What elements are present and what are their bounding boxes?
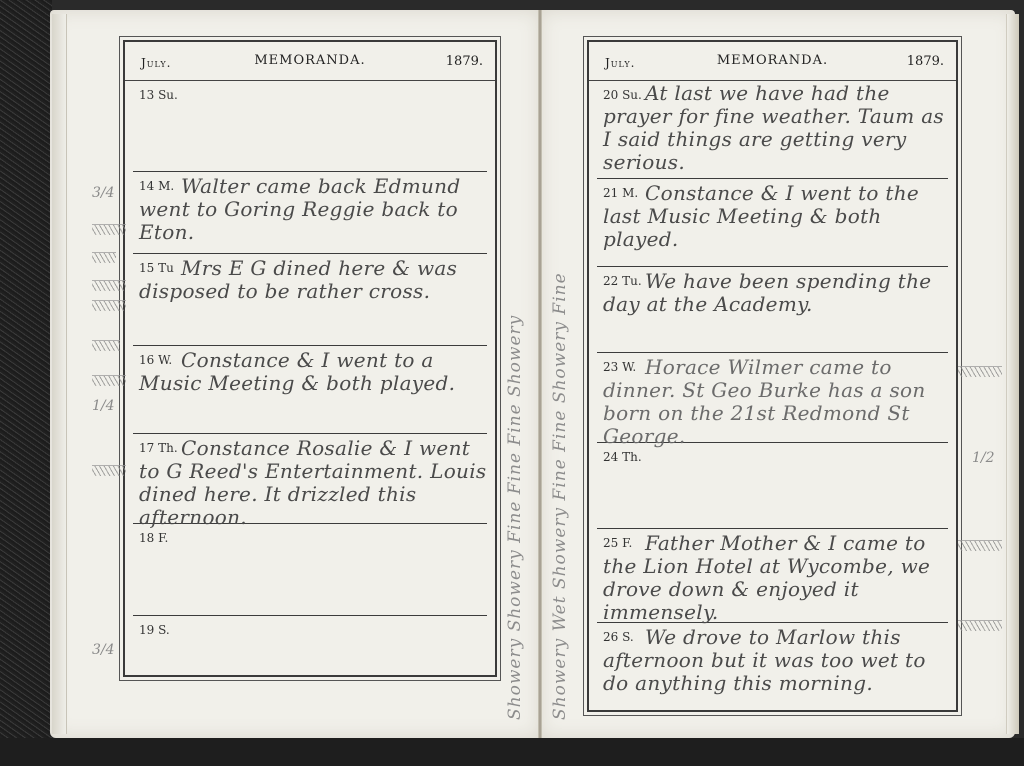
day-entry-18: 18 F.: [133, 523, 487, 616]
header-year: 1879.: [446, 54, 483, 69]
page-edge-right: [1006, 14, 1019, 734]
margin-fraction: 1/2: [972, 450, 995, 466]
tally-mark: [958, 620, 1002, 631]
tally-mark: [958, 366, 1002, 377]
day-label: 24 Th.: [603, 450, 642, 464]
day-label: 19 S.: [139, 623, 170, 637]
right-memoranda-frame: July. MEMORANDA. 1879. 20 Su. At last we…: [587, 40, 958, 712]
day-entry-23: 23 W. Horace Wilmer came to dinner. St G…: [597, 352, 948, 443]
day-label: 18 F.: [139, 531, 168, 545]
diary-text: Walter came back Edmund went to Goring R…: [139, 175, 487, 244]
book-cover-bottom: [0, 738, 1024, 766]
tally-mark: [92, 340, 120, 351]
day-entry-22: 22 Tu. We have been spending the day at …: [597, 266, 948, 353]
diary-text: Mrs E G dined here & was disposed to be …: [139, 257, 487, 303]
day-entry-19: 19 S.: [133, 615, 487, 673]
header-title: MEMORANDA.: [125, 53, 495, 68]
diary-text: Father Mother & I came to the Lion Hotel…: [603, 532, 948, 624]
diary-text: We have been spending the day at the Aca…: [603, 270, 948, 316]
tally-mark: [92, 465, 126, 476]
right-page-header: July. MEMORANDA. 1879.: [589, 42, 956, 81]
diary-text: Constance & I went to the last Music Mee…: [603, 182, 948, 251]
tally-mark: [92, 280, 126, 291]
left-page-header: July. MEMORANDA. 1879.: [125, 42, 495, 81]
day-entry-26: 26 S. We drove to Marlow this afternoon …: [597, 622, 948, 708]
diary-text: Horace Wilmer came to dinner. St Geo Bur…: [603, 356, 948, 448]
weather-notes-right-gutter: Showery Wet Showery Fine Fine Showery Fi…: [550, 30, 570, 720]
page-edge-left: [52, 14, 67, 734]
diary-text: Constance & I went to a Music Meeting & …: [139, 349, 487, 395]
margin-fraction: 3/4: [92, 185, 115, 201]
day-entry-21: 21 M. Constance & I went to the last Mus…: [597, 178, 948, 267]
day-entry-20: 20 Su. At last we have had the prayer fo…: [597, 80, 948, 179]
day-entry-24: 24 Th.: [597, 442, 948, 529]
day-entry-13: 13 Su.: [133, 80, 487, 172]
header-year: 1879.: [907, 54, 944, 69]
tally-mark: [92, 300, 126, 311]
tally-mark: [958, 540, 1002, 551]
diary-text: At last we have had the prayer for fine …: [603, 82, 948, 174]
tally-mark: [92, 252, 116, 263]
day-entry-16: 16 W. Constance & I went to a Music Meet…: [133, 345, 487, 434]
day-label: 13 Su.: [139, 88, 178, 102]
header-title: MEMORANDA.: [589, 53, 956, 68]
book-gutter: [538, 10, 542, 738]
book-spine: [0, 0, 52, 766]
margin-fraction: 1/4: [92, 398, 115, 414]
tally-mark: [92, 224, 126, 235]
tally-mark: [92, 375, 126, 386]
day-entry-17: 17 Th. Constance Rosalie & I went to G R…: [133, 433, 487, 524]
day-entry-25: 25 F. Father Mother & I came to the Lion…: [597, 528, 948, 623]
left-memoranda-frame: July. MEMORANDA. 1879. 13 Su. 14 M. Walt…: [123, 40, 497, 677]
diary-text: We drove to Marlow this afternoon but it…: [603, 626, 948, 695]
diary-text: Constance Rosalie & I went to G Reed's E…: [139, 437, 487, 529]
weather-notes-left-gutter: Showery Showery Fine Fine Fine Showery: [505, 70, 525, 720]
day-entry-15: 15 Tu Mrs E G dined here & was disposed …: [133, 253, 487, 346]
margin-fraction: 3/4: [92, 642, 115, 658]
day-entry-14: 14 M. Walter came back Edmund went to Go…: [133, 171, 487, 254]
